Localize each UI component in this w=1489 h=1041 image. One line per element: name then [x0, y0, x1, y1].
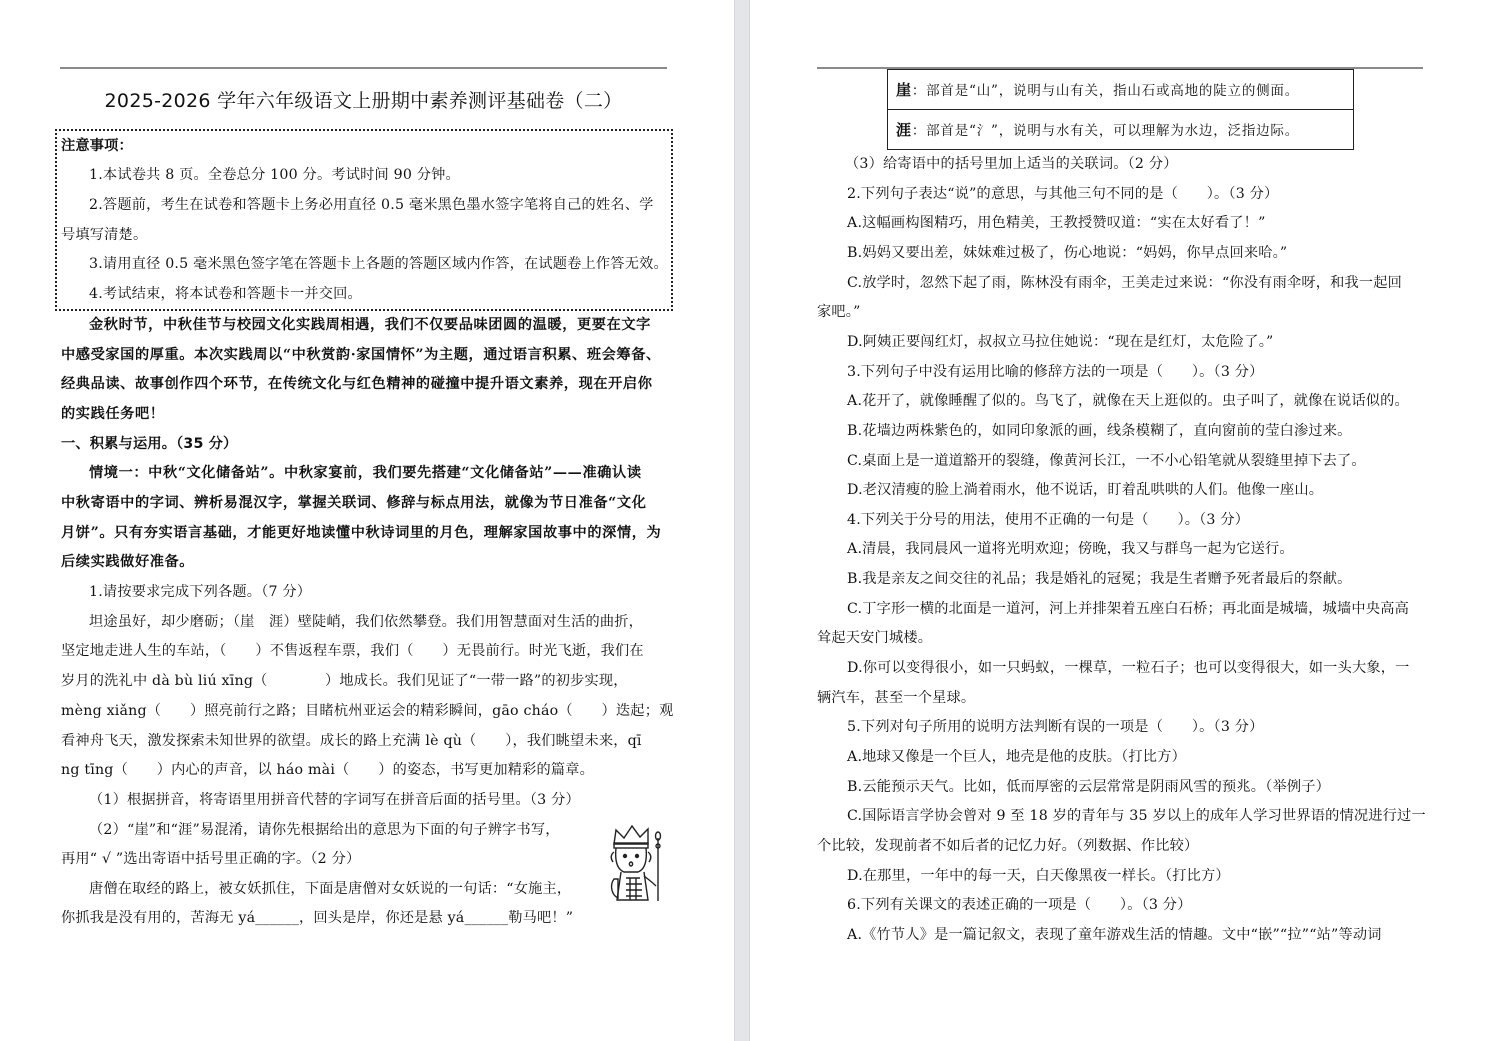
definition-char: 涯 [896, 121, 912, 139]
situation-paragraph: 中秋寄语中的字词、辨析易混汉字，掌握关联词、修辞与标点用法，就像为节日准备“文化 [61, 493, 646, 513]
intro-paragraph: 中感受家国的厚重。本次实践周以“中秋赏韵·家国情怀”为主题，通过语言积累、班会筹… [61, 345, 661, 365]
question-line: 耸起天安门城楼。 [817, 628, 932, 648]
notice-heading: 注意事项： [61, 136, 133, 156]
question-line: 家吧。” [817, 302, 861, 322]
notice-item: 3.请用直径 0.5 毫米黑色签字笔在答题卡上各题的答题区域内作答，在试题卷上作… [89, 254, 668, 274]
q1-subquestion-1: （1）根据拼音，将寄语里用拼音代替的字词写在拼音后面的括号里。（3 分） [89, 790, 580, 810]
notice-item: 1.本试卷共 8 页。全卷总分 100 分。考试时间 90 分钟。 [89, 165, 460, 185]
definition-row: 涯：部首是“氵”，说明与水有关，可以理解为水边，泛指边际。 [888, 110, 1354, 150]
question-line: D.你可以变得很小，如一只蚂蚁，一棵草，一粒石子；也可以变得很大，如一头大象，一 [847, 658, 1410, 678]
notice-item: 2.答题前，考生在试卷和答题卡上务必用直径 0.5 毫米黑色墨水签字笔将自己的姓… [89, 195, 653, 215]
question-line: 辆汽车，甚至一个星球。 [817, 688, 975, 708]
question-line: C.桌面上是一道道豁开的裂缝，像黄河长江，一不小心铅笔就从裂缝里掉下去了。 [847, 451, 1366, 471]
q1-passage-line: 看神舟飞天，激发探索未知世界的欲望。成长的路上充满 lè qù（ ），我们眺望未… [61, 731, 642, 751]
situation-paragraph: 情境一：中秋“文化储备站”。中秋家宴前，我们要先搭建“文化储备站”——准确认读 [89, 463, 642, 483]
question-line: D.阿姨正要闯红灯，叔叔立马拉住她说：“现在是红灯，太危险了。” [847, 332, 1273, 352]
intro-paragraph: 经典品读、故事创作四个环节，在传统文化与红色精神的碰撞中提升语文素养，现在开启你 [61, 374, 653, 394]
question-line: A.清晨，我同晨风一道将光明欢迎；傍晚，我又与群鸟一起为它送行。 [847, 539, 1294, 559]
intro-paragraph: 的实践任务吧！ [61, 404, 165, 424]
question-line: B.花墙边两株紫色的，如同印象派的画，线条模糊了，直向窗前的莹白渗过来。 [847, 421, 1352, 441]
question-line: 4.下列关于分号的用法，使用不正确的一句是（ ）。（3 分） [847, 510, 1249, 530]
question-line: D.在那里，一年中的每一天，白天像黑夜一样长。（打比方） [847, 866, 1230, 886]
section-heading: 一、积累与运用。（35 分） [61, 434, 237, 454]
question-1-heading: 1.请按要求完成下列各题。（7 分） [89, 582, 311, 602]
notice-item: 4.考试结束，将本试卷和答题卡一并交回。 [89, 284, 362, 304]
definition-text: ：部首是“氵”，说明与水有关，可以理解为水边，泛指边际。 [912, 123, 1299, 139]
q1-passage-line: 坚定地走进人生的车站，（ ）不售返程车票，我们（ ）无畏前行。时光飞逝，我们在 [61, 641, 644, 661]
situation-paragraph: 月饼”。只有夯实语言基础，才能更好地读懂中秋诗词里的月色，理解家国故事中的深情，… [61, 523, 661, 543]
definition-char: 崖 [896, 81, 912, 99]
definition-text: ：部首是“山”，说明与山有关，指山石或高地的陡立的侧面。 [912, 83, 1299, 99]
q1-subquestion-2: 再用“ √ ”选出寄语中括号里正确的字。（2 分） [61, 849, 360, 869]
intro-paragraph: 金秋时节，中秋佳节与校园文化实践周相遇，我们不仅要品味团圆的温暖，更要在文字 [89, 315, 651, 335]
question-line: 6.下列有关课文的表述正确的一项是（ ）。（3 分） [847, 895, 1192, 915]
q1-story-line: 唐僧在取经的路上，被女妖抓住，下面是唐僧对女妖说的一句话：“女施主， [89, 879, 571, 899]
queen-illustration-icon [604, 824, 666, 902]
q1-subquestion-2: （2）“崖”和“涯”易混淆，请你先根据给出的意思为下面的句子辨字书写， [89, 820, 560, 840]
question-line: （3）给寄语中的括号里加上适当的关联词。（2 分） [845, 154, 1178, 174]
page-gutter [734, 0, 750, 1041]
question-line: 5.下列对句子所用的说明方法判断有误的一项是（ ）。（3 分） [847, 717, 1264, 737]
q1-passage-line: 坦途虽好，却少磨砺；（崖 涯）壁陡峭，我们依然攀登。我们用智慧面对生活的曲折， [89, 612, 643, 632]
q1-passage-line: ng tīng（ ）内心的声音，以 háo mài（ ）的姿态，书写更加精彩的篇… [61, 760, 594, 780]
question-line: B.云能预示天气。比如，低而厚密的云层常常是阴雨风雪的预兆。（举例子） [847, 777, 1330, 797]
question-line: B.妈妈又要出差，妹妹难过极了，伤心地说：“妈妈，你早点回来哈。” [847, 243, 1287, 263]
q1-passage-line: 岁月的洗礼中 dà bù liú xīng（ ）地成长。我们见证了“一带一路”的… [61, 671, 628, 691]
question-line: A.这幅画构图精巧，用色精美，王教授赞叹道：“实在太好看了！” [847, 213, 1266, 233]
question-line: 3.下列句子中没有运用比喻的修辞方法的一项是（ ）。（3 分） [847, 362, 1264, 382]
question-line: C.丁字形一横的北面是一道河，河上并排架着五座白石桥；再北面是城墙，城墙中央高高 [847, 599, 1409, 619]
notice-item: 号填写清楚。 [61, 225, 147, 245]
question-line: A.《竹节人》是一篇记叙文，表现了童年游戏生活的情趣。文中“嵌”“拉”“站”等动… [847, 925, 1382, 945]
exam-title: 2025-2026 学年六年级语文上册期中素养测评基础卷（二） [60, 88, 667, 114]
character-definition-table: 崖：部首是“山”，说明与山有关，指山石或高地的陡立的侧面。 涯：部首是“氵”，说… [887, 69, 1354, 150]
question-line: A.地球又像是一个巨人，地壳是他的皮肤。（打比方） [847, 747, 1186, 767]
q1-passage-line: mèng xiǎng（ ）照亮前行之路；目睹杭州亚运会的精彩瞬间，gāo chá… [61, 701, 673, 721]
question-line: 2.下列句子表达“说”的意思，与其他三句不同的是（ ）。（3 分） [847, 184, 1278, 204]
question-line: D.老汉清瘦的脸上淌着雨水，他不说话，盯着乱哄哄的人们。他像一座山。 [847, 480, 1323, 500]
question-line: C.放学时，忽然下起了雨，陈林没有雨伞，王美走过来说：“你没有雨伞呀，和我一起回 [847, 273, 1402, 293]
header-rule [60, 67, 667, 69]
situation-paragraph: 后续实践做好准备。 [61, 552, 194, 572]
definition-row: 崖：部首是“山”，说明与山有关，指山石或高地的陡立的侧面。 [888, 70, 1354, 110]
question-line: A.花开了，就像睡醒了似的。鸟飞了，就像在天上逛似的。虫子叫了，就像在说话似的。 [847, 391, 1409, 411]
question-line: B.我是亲友之间交往的礼品；我是婚礼的冠冕；我是生者赠予死者最后的祭献。 [847, 569, 1352, 589]
exam-page-left: 2025-2026 学年六年级语文上册期中素养测评基础卷（二） 注意事项： 1.… [0, 0, 734, 1041]
question-line: 个比较，发现前者不如后者的记忆力好。（列数据、作比较） [817, 836, 1198, 856]
q1-story-line: 你抓我是没有用的，苦海无 yá______，回头是岸，你还是悬 yá______… [61, 908, 573, 928]
question-line: C.国际语言学协会曾对 9 至 18 岁的青年与 35 岁以上的成年人学习世界语… [847, 806, 1426, 826]
